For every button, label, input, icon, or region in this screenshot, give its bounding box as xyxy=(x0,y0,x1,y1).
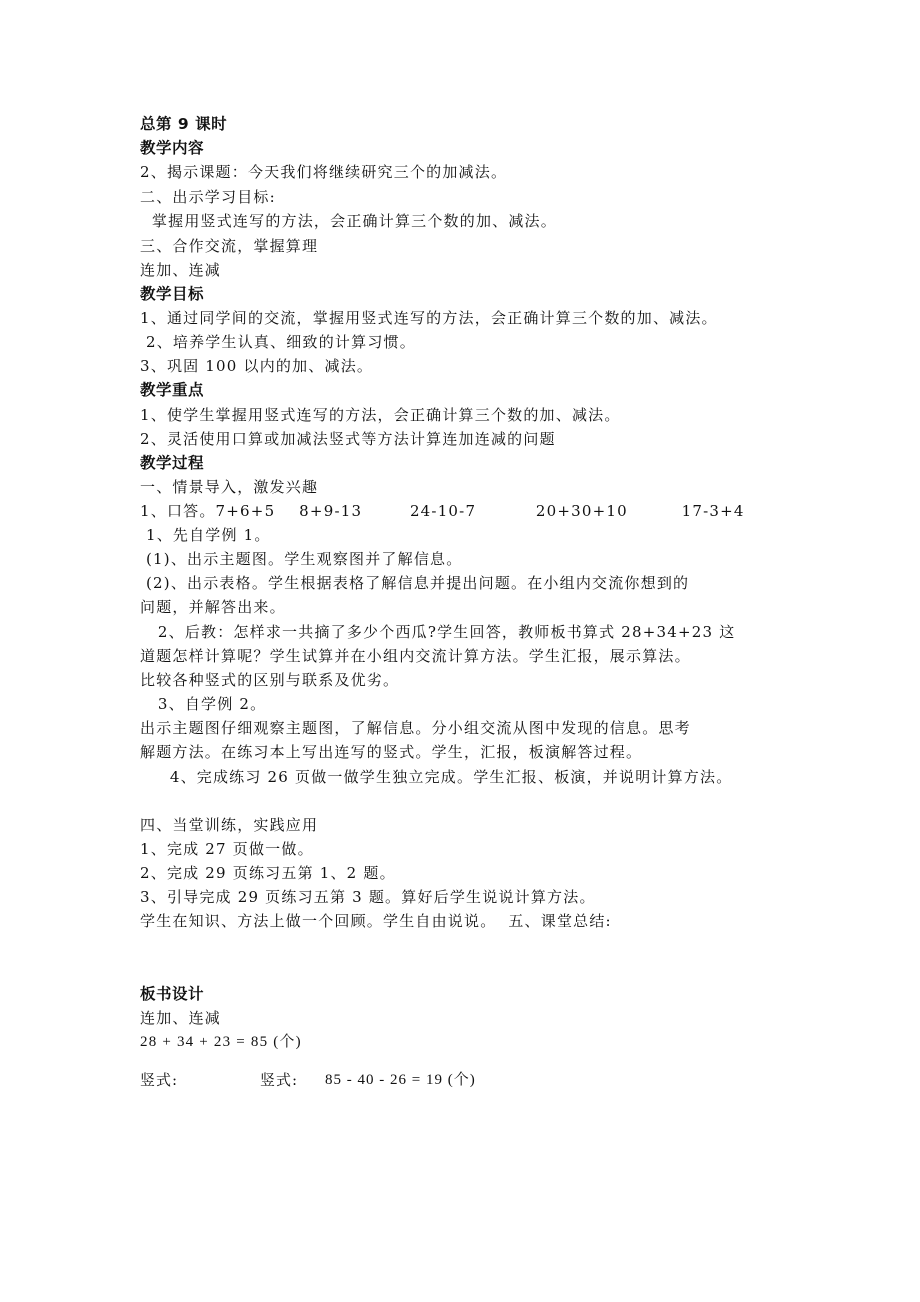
content-line: 三、合作交流，掌握算理 xyxy=(140,236,318,256)
heading-key-points: 教学重点 xyxy=(140,380,204,400)
content-line: 2、揭示课题：今天我们将继续研究三个的加减法。 xyxy=(140,162,507,182)
practice-line: 四、当堂训练，实践应用 xyxy=(140,815,318,835)
board-equation-addition: 28 + 34 + 23 = 85 (个) xyxy=(140,1032,302,1052)
heading-goals: 教学目标 xyxy=(140,284,204,304)
process-line: 3、自学例 2。 xyxy=(140,694,266,714)
goal-line: 3、巩固 100 以内的加、减法。 xyxy=(140,356,373,376)
process-line: 2、后教：怎样求一共摘了多少个西瓜?学生回答，教师板书算式 28+34+23 这 xyxy=(140,622,735,642)
process-line: 比较各种竖式的区别与联系及优劣。 xyxy=(140,670,399,690)
content-line: 连加、连减 xyxy=(140,260,221,280)
process-line: 一、情景导入，激发兴趣 xyxy=(140,477,318,497)
process-line: 1、口答。7+6+5 8+9-13 24-10-7 20+30+10 17-3+… xyxy=(140,501,745,521)
board-label-vertical-left: 竖式: xyxy=(140,1070,178,1090)
board-equation-subtraction: 85 - 40 - 26 = 19 (个) xyxy=(325,1070,476,1090)
key-point-line: 2、灵活使用口算或加减法竖式等方法计算连加连减的问题 xyxy=(140,429,556,449)
lesson-title: 总第 9 课时 xyxy=(140,114,227,134)
practice-line: 学生在知识、方法上做一个回顾。学生自由说说。 五、课堂总结: xyxy=(140,911,612,931)
practice-line: 1、完成 27 页做一做。 xyxy=(140,839,314,859)
document-page: 总第 9 课时 教学内容 2、揭示课题：今天我们将继续研究三个的加减法。 二、出… xyxy=(0,0,920,1302)
process-line: 4、完成练习 26 页做一做学生独立完成。学生汇报、板演，并说明计算方法。 xyxy=(140,767,732,787)
process-line: 解题方法。在练习本上写出连写的竖式。学生，汇报，板演解答过程。 xyxy=(140,742,642,762)
practice-line: 2、完成 29 页练习五第 1、2 题。 xyxy=(140,863,396,883)
process-line: 问题，并解答出来。 xyxy=(140,597,286,617)
process-line: (2)、出示表格。学生根据表格了解信息并提出问题。在小组内交流你想到的 xyxy=(140,573,689,593)
key-point-line: 1、使学生掌握用竖式连写的方法，会正确计算三个数的加、减法。 xyxy=(140,405,621,425)
board-subtitle: 连加、连减 xyxy=(140,1008,221,1028)
heading-board: 板书设计 xyxy=(140,984,204,1004)
heading-process: 教学过程 xyxy=(140,453,204,473)
practice-line: 3、引导完成 29 页练习五第 3 题。算好后学生说说计算方法。 xyxy=(140,887,596,907)
heading-content: 教学内容 xyxy=(140,138,204,158)
goal-line: 1、通过同学间的交流，掌握用竖式连写的方法，会正确计算三个数的加、减法。 xyxy=(140,308,718,328)
goal-line: 2、培养学生认真、细致的计算习惯。 xyxy=(140,332,416,352)
process-line: 1、先自学例 1。 xyxy=(140,525,271,545)
process-line: (1)、出示主题图。学生观察图并了解信息。 xyxy=(140,549,462,569)
content-line: 二、出示学习目标: xyxy=(140,187,276,207)
process-line: 出示主题图仔细观察主题图，了解信息。分小组交流从图中发现的信息。思考 xyxy=(140,718,691,738)
process-line: 道题怎样计算呢？学生试算并在小组内交流计算方法。学生汇报，展示算法。 xyxy=(140,646,691,666)
content-line: 掌握用竖式连写的方法，会正确计算三个数的加、减法。 xyxy=(140,211,557,231)
board-label-vertical-right: 竖式: xyxy=(260,1070,298,1090)
